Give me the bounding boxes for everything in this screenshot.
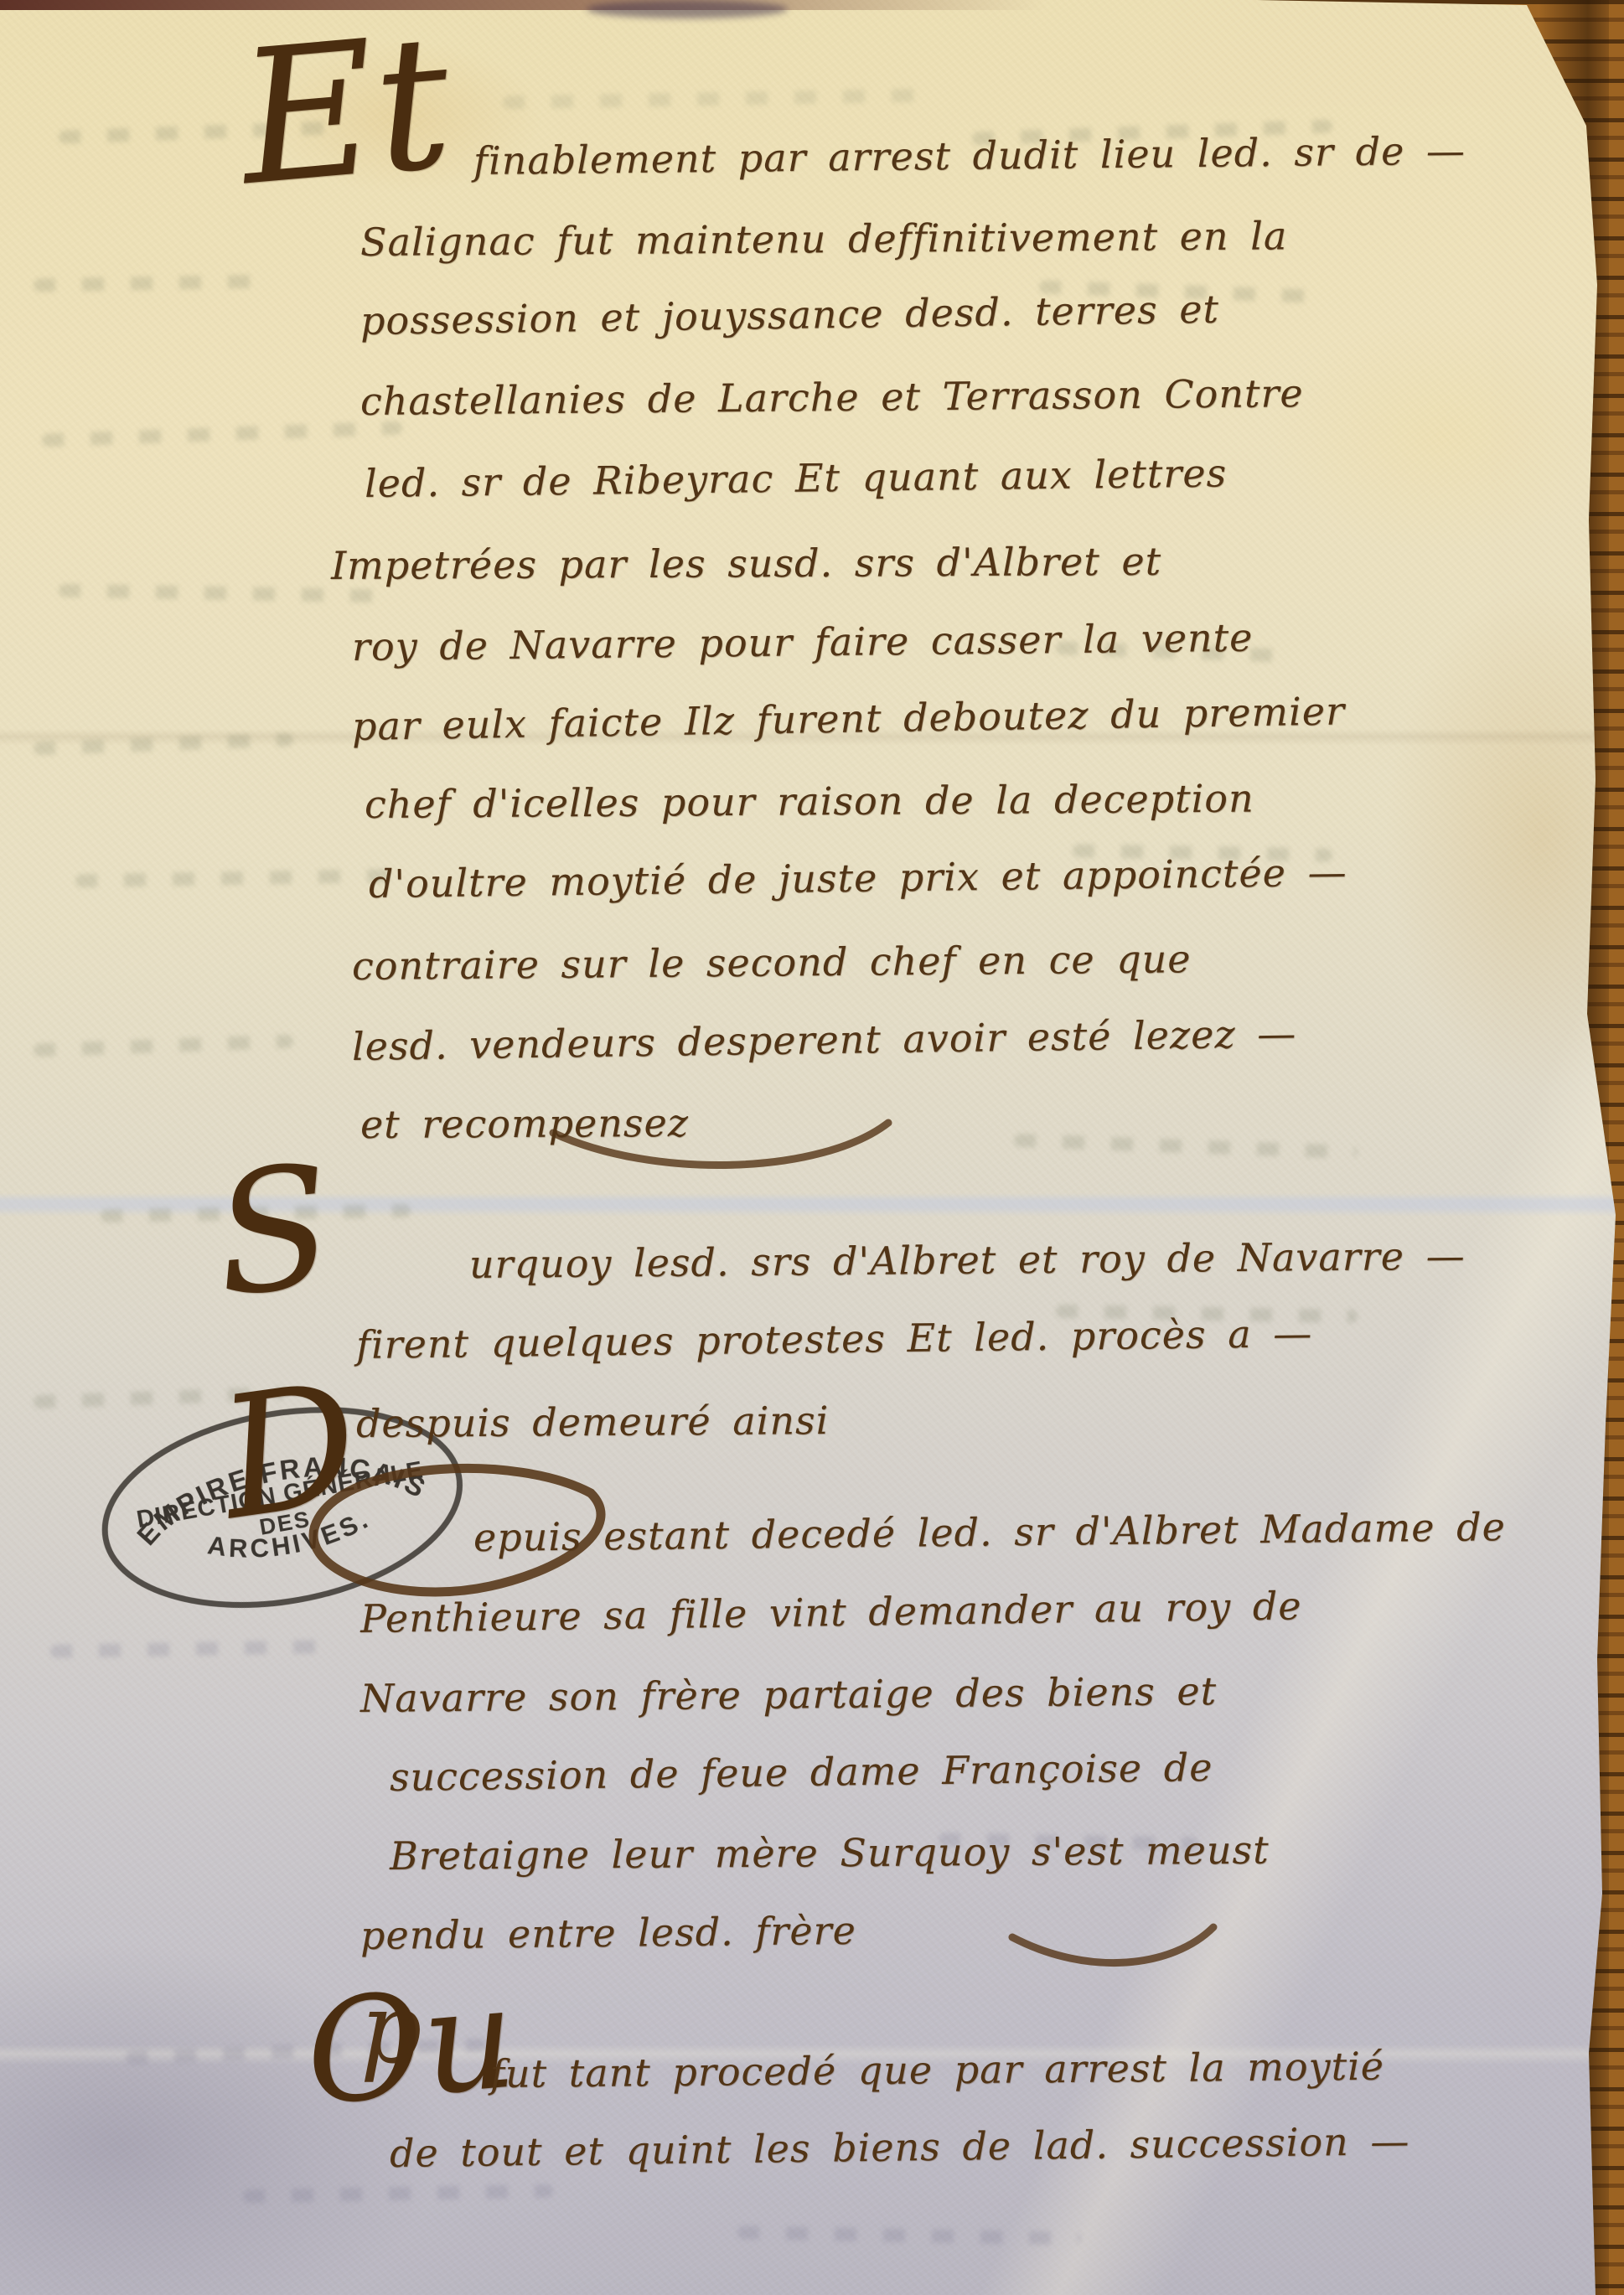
manuscript-line: despuis demeuré ainsi bbox=[356, 1398, 830, 1446]
manuscript-line: Salignac fut maintenu deffinitivement en… bbox=[360, 213, 1288, 265]
paragraph-initial: Et bbox=[235, 28, 455, 193]
paragraph-initial: D bbox=[214, 1377, 365, 1528]
manuscript-line: et recompensez bbox=[360, 1100, 689, 1147]
manuscript-line: contraire sur le second chef en ce que bbox=[352, 936, 1192, 989]
manuscript-line: Bretaigne leur mère Surquoy s'est meust bbox=[390, 1827, 1270, 1879]
paragraph-initial: Ou bbox=[302, 1980, 520, 2112]
top-edge-smudge bbox=[587, 0, 788, 18]
top-edge-shadow bbox=[0, 0, 1047, 10]
manuscript-line: pendu entre lesd. frère bbox=[360, 1908, 856, 1958]
paragraph-initial: S bbox=[209, 1160, 338, 1305]
manuscript-line: chastellanies de Larche et Terrasson Con… bbox=[360, 370, 1304, 424]
manuscript-line: chef d'icelles pour raison de la decepti… bbox=[365, 776, 1254, 827]
manuscript-line: Impetrées par les susd. srs d'Albret et bbox=[331, 539, 1161, 588]
manuscript-line: roy de Navarre pour faire casser la vent… bbox=[352, 615, 1254, 669]
photo-frame: EMPIRE FRANÇAIS DIRECTION GÉNÉRALE DES A… bbox=[0, 0, 1624, 2295]
manuscript-line: Navarre son frère partaige des biens et bbox=[360, 1668, 1218, 1721]
manuscript-line: fut tant procedé que par arrest la moyti… bbox=[490, 2044, 1384, 2096]
manuscript-line: urquoy lesd. srs d'Albret et roy de Nava… bbox=[469, 1233, 1466, 1287]
manuscript-paper-sheet: EMPIRE FRANÇAIS DIRECTION GÉNÉRALE DES A… bbox=[0, 0, 1624, 2295]
